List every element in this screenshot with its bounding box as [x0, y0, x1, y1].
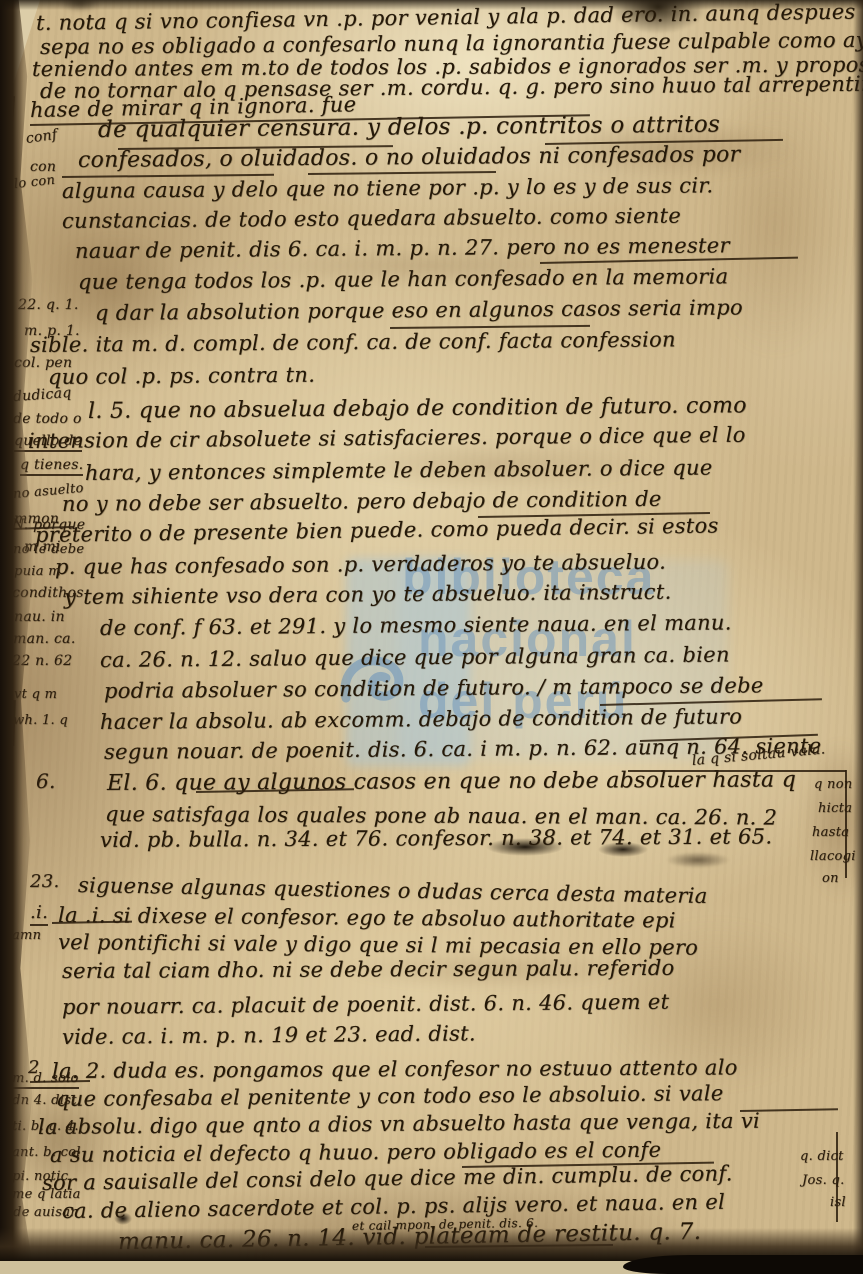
ink-rules [0, 0, 863, 1274]
ink-rule [478, 512, 710, 518]
ink-rule [462, 1162, 714, 1168]
ink-rule [540, 257, 798, 264]
ink-rule [30, 1080, 90, 1083]
ink-rule [640, 734, 818, 742]
ink-rule [118, 145, 393, 150]
page-top-edge [0, 0, 863, 10]
bottom-right-dark-stain [623, 1255, 863, 1274]
page-right-edge [853, 0, 863, 1274]
ink-rule [845, 770, 847, 878]
ink-rule [308, 171, 496, 175]
ink-rule [600, 698, 822, 706]
ink-rule [545, 139, 783, 145]
ink-rule [740, 1108, 838, 1112]
ink-rule [52, 921, 132, 924]
ink-rule [62, 174, 274, 178]
ink-rule [196, 788, 354, 793]
ink-rule [628, 770, 846, 772]
ink-rule [390, 325, 590, 329]
ink-rule [836, 1132, 838, 1222]
manuscript-scan: biblioteca nacional del perú t. nota q s… [0, 0, 863, 1274]
ink-rule [30, 114, 590, 126]
